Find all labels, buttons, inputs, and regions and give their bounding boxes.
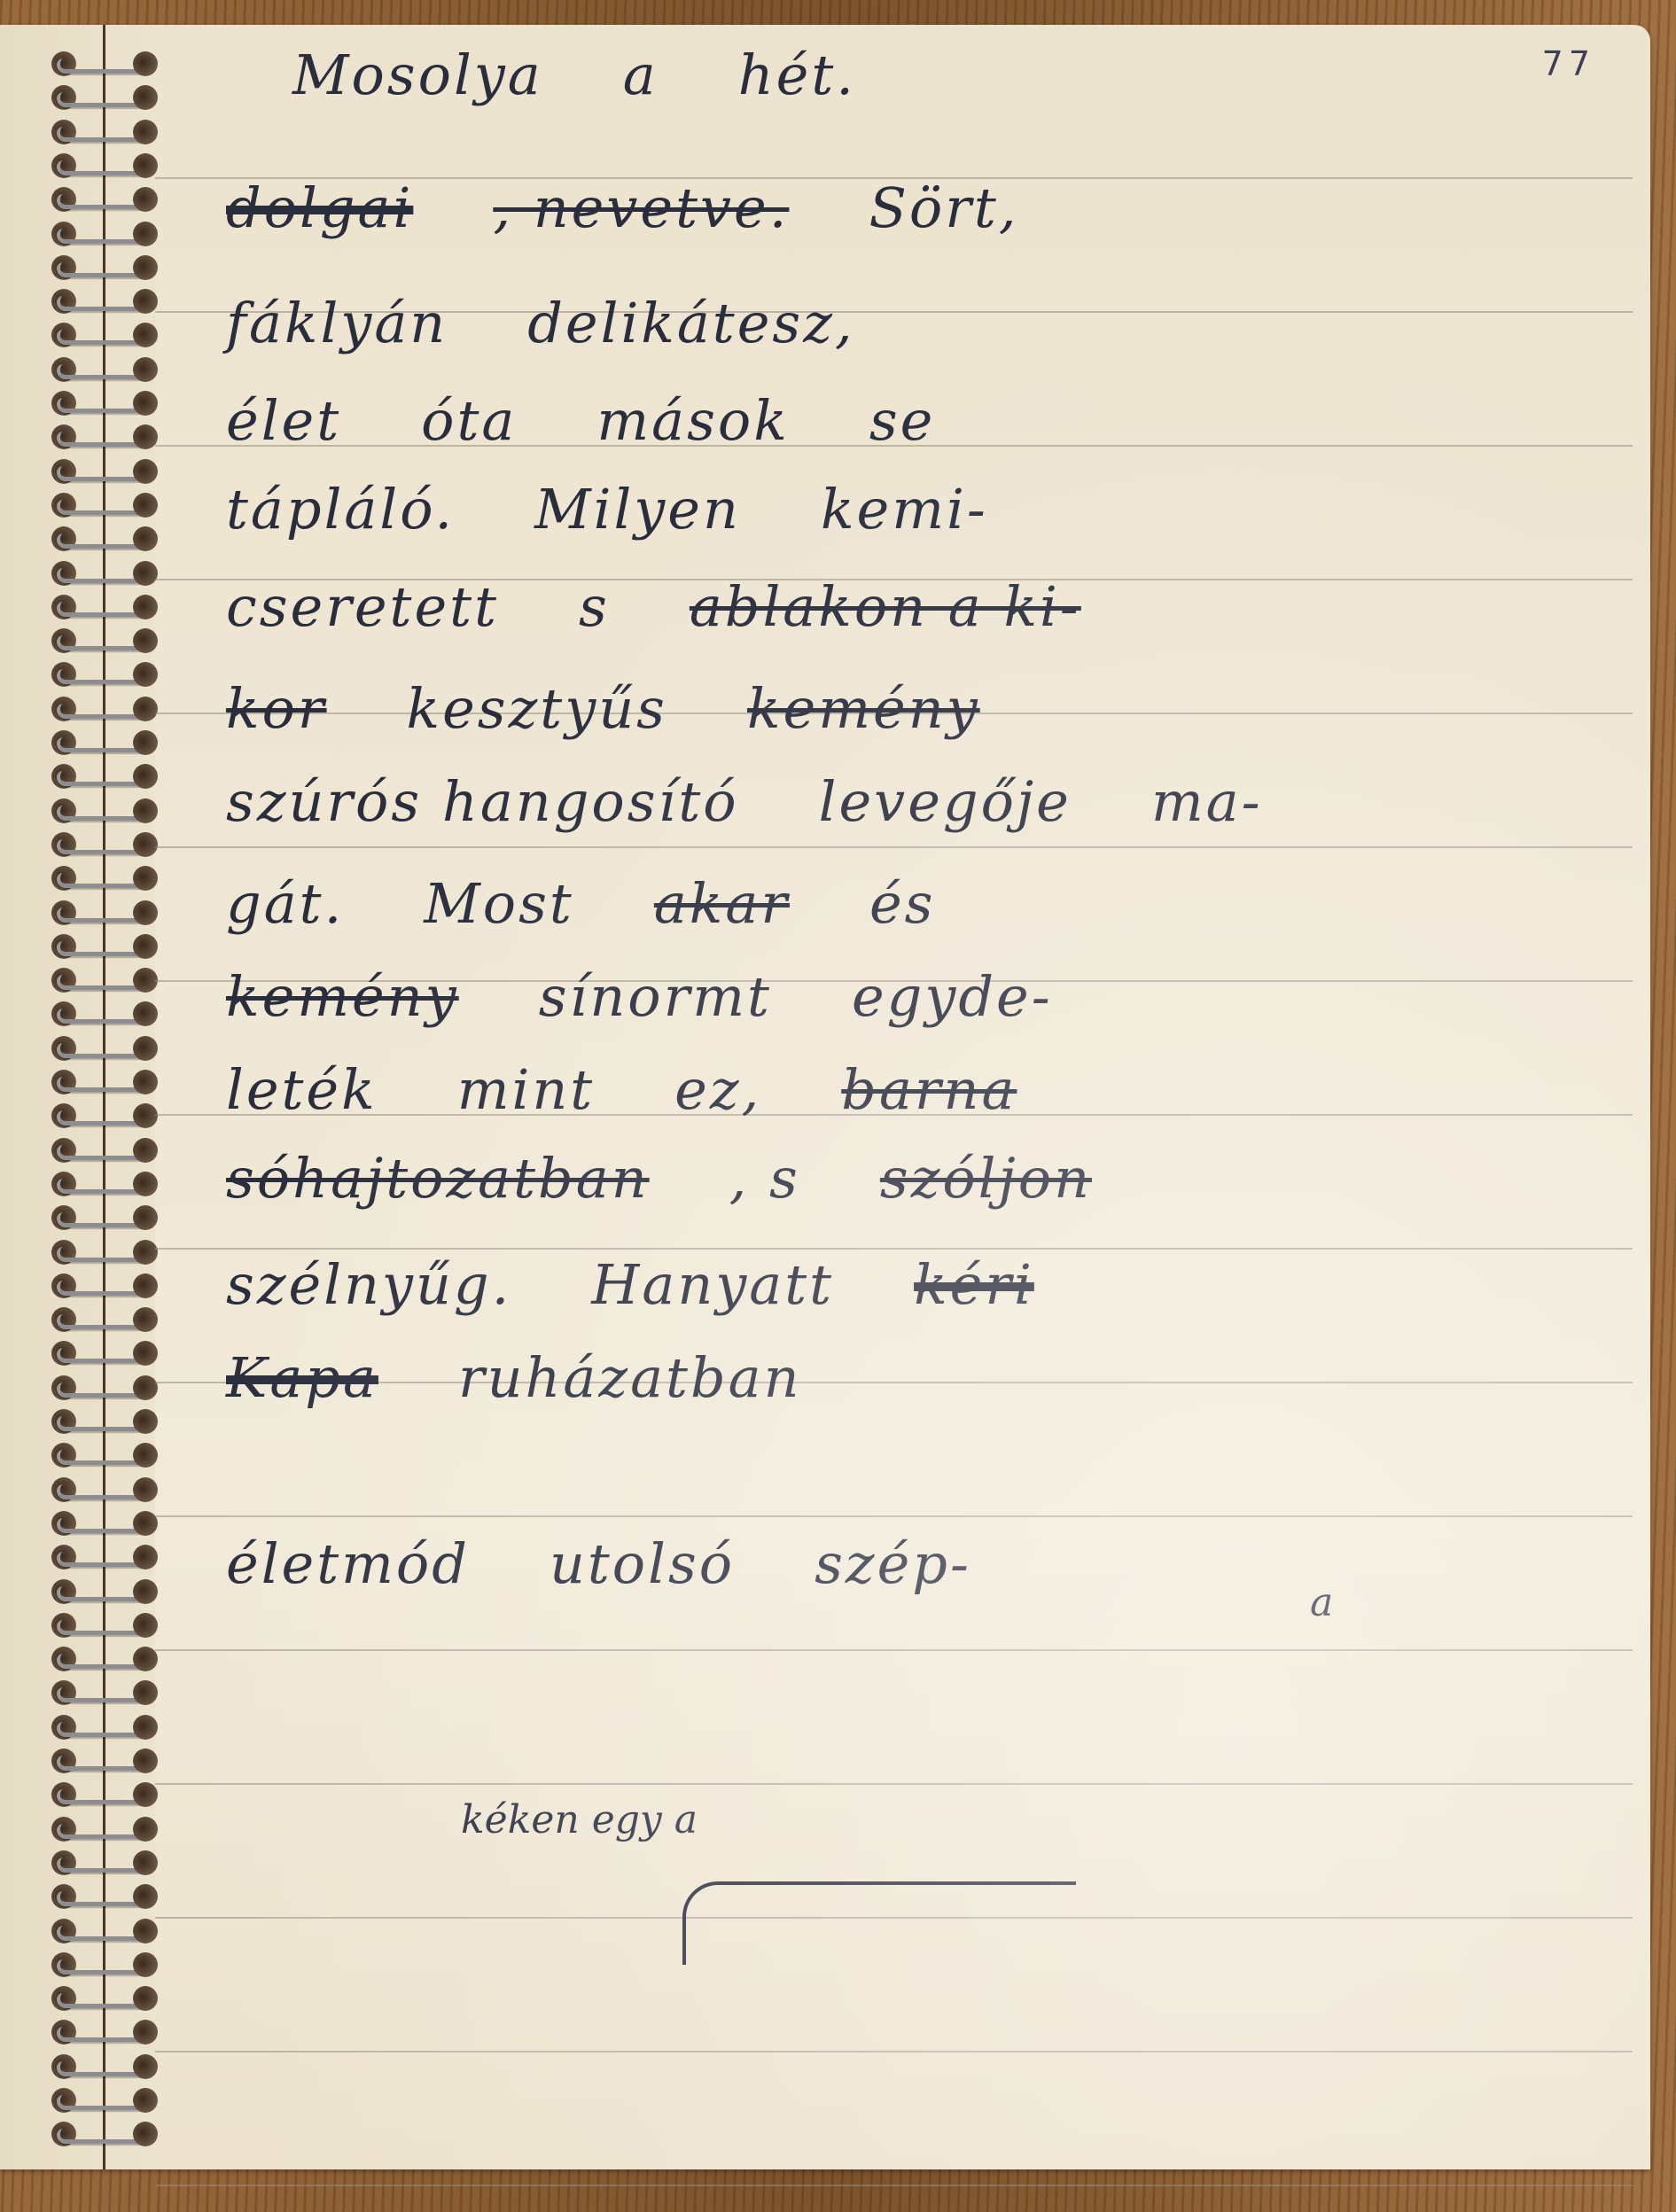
binding-ring	[51, 1986, 158, 2009]
binding-margin	[0, 25, 155, 2169]
binding-ring	[51, 764, 158, 787]
punch-hole	[133, 2020, 158, 2045]
punch-hole	[133, 1375, 158, 1400]
punch-hole	[133, 730, 158, 755]
punch-hole	[133, 1952, 158, 1977]
punch-hole	[133, 1172, 158, 1196]
punch-hole	[133, 187, 158, 212]
punch-hole	[133, 289, 158, 314]
punch-hole	[133, 459, 158, 484]
punch-hole	[133, 1919, 158, 1943]
binding-ring	[51, 628, 158, 651]
handwritten-word: ez,	[674, 1057, 761, 1122]
handwritten-word: cseretett	[226, 574, 499, 639]
binding-ring	[51, 1884, 158, 1907]
punch-hole	[133, 51, 158, 76]
handwritten-line: sóhajtozatban, sszóljon	[226, 1146, 1615, 1211]
handwritten-line: fáklyándelikátesz,	[226, 291, 1615, 355]
punch-hole	[133, 1103, 158, 1128]
binding-ring	[51, 662, 158, 685]
ruled-line	[155, 1515, 1633, 1517]
binding-ring	[51, 1613, 158, 1636]
handwritten-word: Most	[424, 871, 574, 936]
handwritten-word: ma-	[1151, 769, 1263, 834]
punch-hole	[133, 697, 158, 721]
punch-hole	[133, 2088, 158, 2113]
punch-hole	[133, 1579, 158, 1604]
punch-hole	[133, 1001, 158, 1026]
punch-hole	[133, 120, 158, 144]
binding-ring	[51, 1409, 158, 1432]
punch-hole	[133, 1850, 158, 1875]
handwritten-line: életmódutolsószép-	[226, 1531, 1615, 1596]
handwritten-line: tápláló.Milyenkemi-	[226, 477, 1615, 541]
punch-hole	[133, 900, 158, 925]
ruled-line	[155, 1649, 1633, 1651]
handwritten-word: sínormt	[539, 964, 772, 1029]
binding-ring	[51, 323, 158, 346]
binding-ring	[51, 1443, 158, 1466]
punch-hole	[133, 357, 158, 382]
punch-hole	[133, 832, 158, 857]
binding-ring	[51, 595, 158, 618]
binding-ring	[51, 697, 158, 720]
handwritten-word: hét.	[738, 43, 856, 107]
punch-hole	[133, 662, 158, 687]
binding-ring	[51, 900, 158, 923]
handwritten-word: se	[869, 388, 936, 453]
punch-hole	[133, 1070, 158, 1094]
punch-hole	[133, 866, 158, 891]
binding-ring	[51, 526, 158, 549]
binding-ring	[51, 424, 158, 448]
binding-ring	[51, 1817, 158, 1840]
struck-out-word: barna	[841, 1057, 1017, 1122]
handwritten-word: ruházatban	[458, 1345, 802, 1410]
binding-ring	[51, 2088, 158, 2111]
handwritten-word: szélnyűg.	[226, 1252, 511, 1317]
handwritten-line: keménysínormtegyde-	[226, 964, 1615, 1029]
binding-ring	[51, 51, 158, 74]
binding-ring	[51, 1273, 158, 1297]
binding-ring	[51, 2020, 158, 2043]
binding-ring	[51, 1579, 158, 1602]
struck-out-word: kemény	[226, 964, 459, 1029]
struck-out-word: , nevetve.	[493, 175, 789, 240]
punch-hole	[133, 1884, 158, 1909]
punch-hole	[133, 1205, 158, 1230]
insertion-above-word: a	[1310, 1580, 1333, 1625]
handwritten-line: Mosolyaahét.	[292, 43, 1615, 107]
handwritten-word: élet	[226, 388, 341, 453]
punch-hole	[133, 1341, 158, 1366]
binding-ring	[51, 968, 158, 991]
handwritten-word: életmód	[226, 1531, 470, 1596]
punch-hole	[133, 1240, 158, 1265]
binding-ring	[51, 2054, 158, 2077]
ruled-line	[155, 1783, 1633, 1785]
handwritten-line: szúrós hangosítólevegőjema-	[226, 769, 1615, 834]
ruled-line	[155, 846, 1633, 848]
ruled-line	[155, 2185, 1633, 2186]
handwritten-word: Sört,	[869, 175, 1018, 240]
punch-hole	[133, 85, 158, 110]
handwritten-word: s	[579, 574, 610, 639]
punch-hole	[133, 934, 158, 959]
punch-hole	[133, 1680, 158, 1705]
handwritten-line: dolgai, nevetve.Sört,	[226, 175, 1615, 240]
binding-ring	[51, 255, 158, 278]
punch-hole	[133, 1443, 158, 1468]
handwritten-word: Mosolya	[292, 43, 543, 107]
punch-hole	[133, 391, 158, 416]
handwritten-word: levegője	[819, 769, 1072, 834]
binding-ring	[51, 459, 158, 482]
binding-ring	[51, 1919, 158, 1942]
punch-hole	[133, 1749, 158, 1773]
handwritten-line: letékmintez,barna	[226, 1057, 1615, 1122]
struck-out-word: ablakon a ki-	[690, 574, 1081, 639]
binding-ring	[51, 85, 158, 108]
struck-out-word: kéri	[914, 1252, 1034, 1317]
binding-ring	[51, 1307, 158, 1330]
punch-hole	[133, 1782, 158, 1807]
handwritten-word: gát.	[226, 871, 344, 936]
handwritten-word: kemi-	[821, 477, 988, 541]
handwritten-word: , s	[729, 1146, 800, 1211]
binding-ring	[51, 1103, 158, 1126]
punch-hole	[133, 1715, 158, 1740]
punch-hole	[133, 1613, 158, 1638]
handwritten-word: tápláló.	[226, 477, 455, 541]
binding-ring	[51, 1205, 158, 1228]
handwritten-line: gát.Mostakarés	[226, 871, 1615, 936]
binding-ring	[51, 1477, 158, 1500]
handwritten-word: kesztyűs	[407, 676, 667, 741]
handwritten-word: mint	[457, 1057, 595, 1122]
punch-hole	[133, 255, 158, 280]
punch-hole	[133, 1138, 158, 1163]
handwritten-word: szép-	[815, 1531, 971, 1596]
handwritten-line: életótamásokse	[226, 388, 1615, 453]
handwritten-word: delikátesz,	[527, 291, 854, 355]
punch-hole	[133, 1409, 158, 1434]
struck-out-word: akar	[654, 871, 790, 936]
handwritten-word: és	[869, 871, 936, 936]
binding-ring	[51, 2122, 158, 2145]
binding-ring	[51, 934, 158, 957]
punch-hole	[133, 526, 158, 551]
punch-hole	[133, 2054, 158, 2079]
binding-ring	[51, 1782, 158, 1805]
binding-ring	[51, 1172, 158, 1195]
insertion-inline: kéken egy a	[461, 1797, 698, 1842]
punch-hole	[133, 968, 158, 993]
binding-ring	[51, 1952, 158, 1975]
struck-out-word: dolgai	[226, 175, 413, 240]
binding-ring	[51, 1715, 158, 1738]
binding-ring	[51, 1070, 158, 1093]
binding-ring	[51, 1240, 158, 1263]
binding-ring	[51, 1545, 158, 1568]
binding-ring	[51, 493, 158, 516]
binding-ring	[51, 1511, 158, 1534]
handwritten-word: Hanyatt	[591, 1252, 834, 1317]
handwritten-word: mások	[596, 388, 789, 453]
handwritten-line: korkesztyűskemény	[226, 676, 1615, 741]
punch-hole	[133, 2122, 158, 2146]
binding-ring	[51, 1138, 158, 1161]
struck-out-word: kor	[226, 676, 327, 741]
binding-ring	[51, 120, 158, 143]
punch-hole	[133, 561, 158, 586]
page-fold-line	[103, 25, 105, 2169]
punch-hole	[133, 424, 158, 449]
binding-ring	[51, 187, 158, 210]
binding-ring	[51, 357, 158, 380]
binding-ring	[51, 832, 158, 855]
handwritten-word: Milyen	[534, 477, 741, 541]
handwritten-word: óta	[421, 388, 517, 453]
punch-hole	[133, 1986, 158, 2011]
binding-ring	[51, 1749, 158, 1772]
binding-ring	[51, 1680, 158, 1703]
struck-out-word: szóljon	[880, 1146, 1092, 1211]
punch-hole	[133, 1511, 158, 1536]
punch-hole	[133, 1036, 158, 1061]
punch-hole	[133, 493, 158, 518]
binding-ring	[51, 1647, 158, 1670]
punch-hole	[133, 1273, 158, 1298]
punch-hole	[133, 1307, 158, 1332]
handwritten-line: szélnyűg.Hanyattkéri	[226, 1252, 1615, 1317]
insertion-bracket	[682, 1881, 1076, 1965]
handwritten-line: Kaparuházatban	[226, 1345, 1615, 1410]
binding-ring	[51, 1001, 158, 1024]
handwritten-word: a	[623, 43, 659, 107]
punch-hole	[133, 323, 158, 347]
binding-ring	[51, 866, 158, 889]
punch-hole	[133, 798, 158, 823]
binding-ring	[51, 222, 158, 245]
punch-hole	[133, 628, 158, 653]
binding-ring	[51, 1375, 158, 1398]
binding-ring	[51, 798, 158, 822]
notebook-page: 77 Mosolyaahét.dolgai, nevetve.Sört,fákl…	[0, 25, 1650, 2169]
struck-out-word: Kapa	[226, 1345, 378, 1410]
punch-hole	[133, 1817, 158, 1842]
punch-hole	[133, 1545, 158, 1569]
binding-ring	[51, 391, 158, 414]
punch-hole	[133, 1477, 158, 1502]
punch-hole	[133, 1647, 158, 1671]
ruled-line	[155, 1248, 1633, 1250]
handwritten-word: fáklyán	[226, 291, 448, 355]
binding-ring	[51, 561, 158, 584]
handwritten-word: egyde-	[852, 964, 1053, 1029]
punch-hole	[133, 764, 158, 789]
punch-hole	[133, 595, 158, 619]
binding-ring	[51, 1341, 158, 1364]
ruled-line	[155, 2051, 1633, 2052]
struck-out-word: kemény	[747, 676, 980, 741]
handwritten-word: utolsó	[550, 1531, 735, 1596]
handwritten-word: szúrós hangosító	[226, 769, 739, 834]
handwritten-line: cseretettsablakon a ki-	[226, 574, 1615, 639]
binding-ring	[51, 153, 158, 176]
struck-out-word: sóhajtozatban	[226, 1146, 650, 1211]
binding-ring	[51, 1850, 158, 1873]
binding-ring	[51, 1036, 158, 1059]
binding-ring	[51, 730, 158, 753]
binding-ring	[51, 289, 158, 312]
punch-hole	[133, 222, 158, 246]
handwritten-word: leték	[226, 1057, 378, 1122]
punch-hole	[133, 153, 158, 178]
